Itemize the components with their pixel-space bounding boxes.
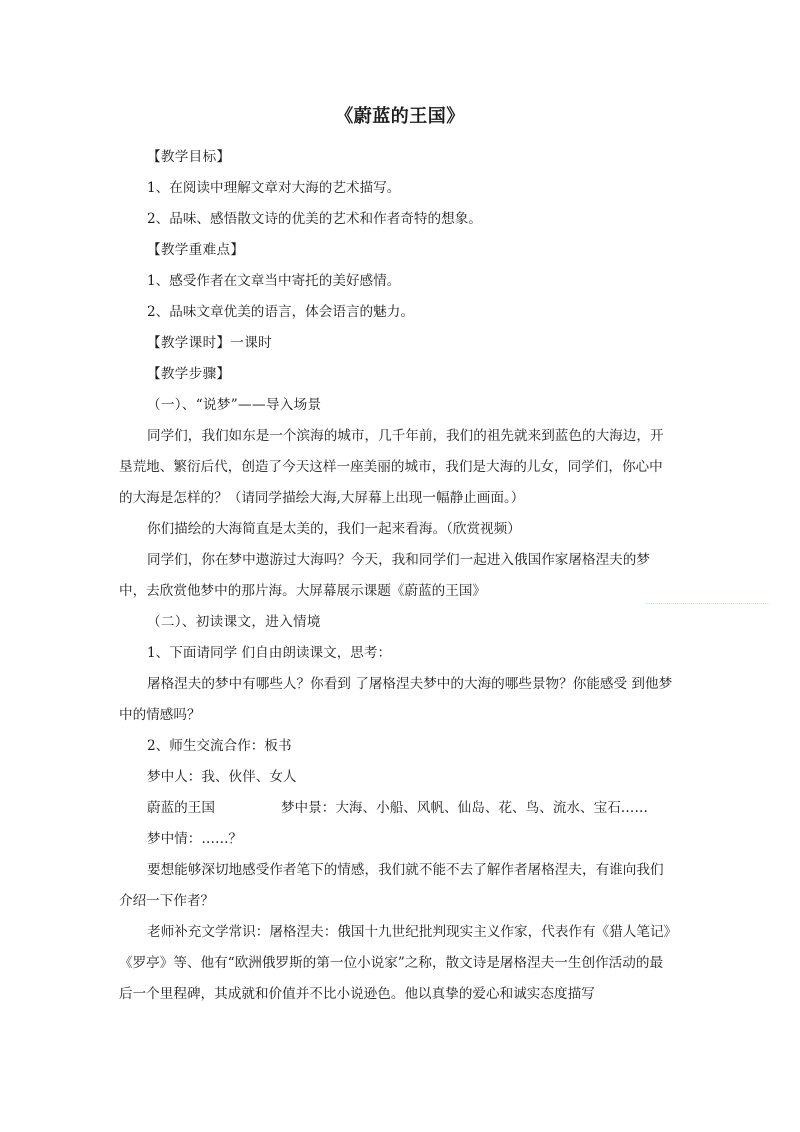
task-1: 1、下面请同学 们自由朗读课文，思考： [119,638,674,669]
paragraph: 你们描绘的大海简直是太美的，我们一起来看海。（欣赏视频） [119,514,674,545]
dotted-line-mark [645,603,770,604]
key-point-item: 2、品味文章优美的语言，体会语言的魅力。 [119,297,674,328]
board-feeling: 梦中情：……？ [119,824,674,855]
paragraph: 老师补充文学常识：屠格涅夫：俄国十九世纪批判现实主义作家，代表作有《猎人笔记》《… [119,917,674,1010]
objective-item: 2、品味、感悟散文诗的优美的艺术和作者奇特的想象。 [119,204,674,235]
objectives-heading: 【教学目标】 [119,142,674,173]
steps-heading: 【教学步骤】 [119,359,674,390]
key-points-heading: 【教学重难点】 [119,235,674,266]
duration-heading: 【教学课时】一课时 [119,328,674,359]
key-point-item: 1、感受作者在文章当中寄托的美好感情。 [119,266,674,297]
part2-heading: （二）、初读课文，进入情境 [119,607,674,638]
board-people: 梦中人：我、伙伴、女人 [119,762,674,793]
task-2: 2、师生交流合作：板书 [119,731,674,762]
paragraph: 要想能够深切地感受作者笔下的情感，我们就不能不去了解作者屠格涅夫，有谁向我们介绍… [119,855,674,917]
board-center-label: 蔚蓝的王国 [147,800,215,816]
paragraph: 同学们，你在梦中遨游过大海吗？今天，我和同学们一起进入俄国作家屠格涅夫的梦中，去… [119,545,674,607]
task-1-question: 屠格涅夫的梦中有哪些人？你看到 了屠格涅夫梦中的大海的哪些景物？你能感受 到他梦… [119,669,674,731]
board-scenery-row: 蔚蓝的王国梦中景：大海、小船、风帆、仙岛、花、鸟、流水、宝石…… [119,793,674,824]
paragraph: 同学们，我们如东是一个滨海的城市，几千年前，我们的祖先就来到蓝色的大海边，开垦荒… [119,421,674,514]
board-scenery: 梦中景：大海、小船、风帆、仙岛、花、鸟、流水、宝石…… [281,800,648,816]
document-body: 【教学目标】 1、在阅读中理解文章对大海的艺术描写。 2、品味、感悟散文诗的优美… [119,142,674,1010]
objective-item: 1、在阅读中理解文章对大海的艺术描写。 [119,173,674,204]
part1-heading: （一）、“说梦”——导入场景 [119,390,674,421]
document-title: 《蔚蓝的王国》 [119,104,681,130]
